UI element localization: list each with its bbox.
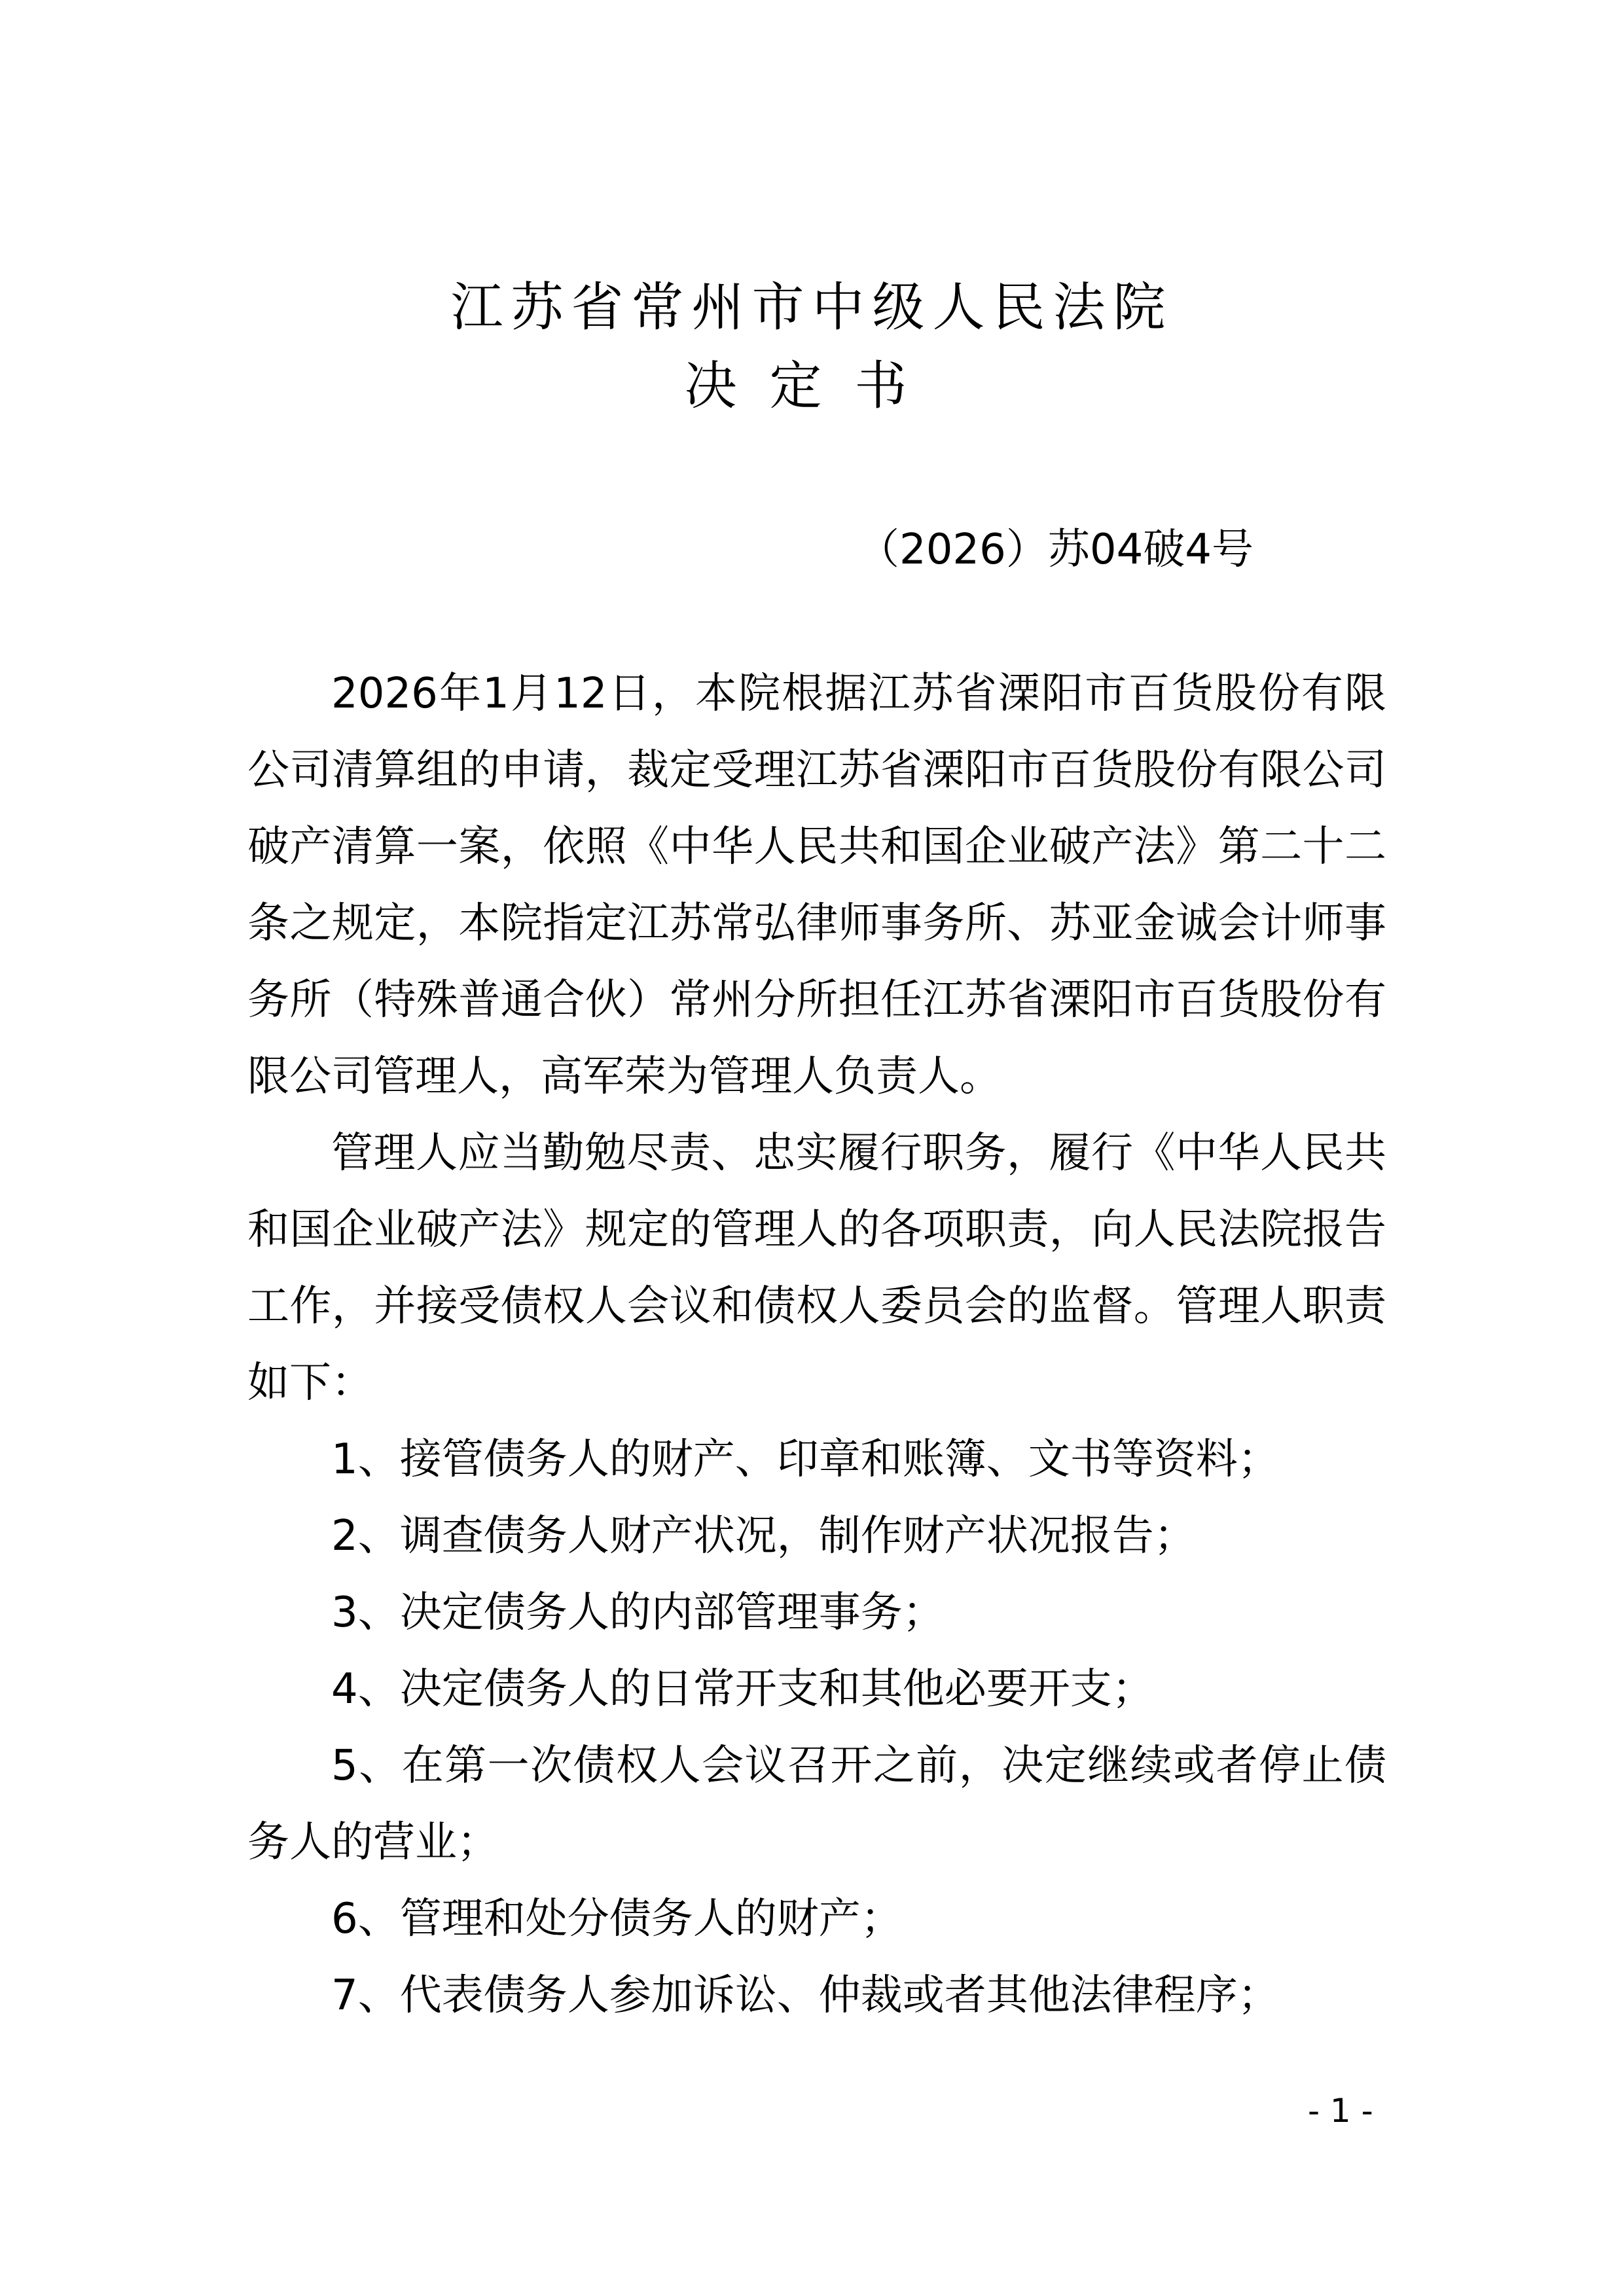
paragraph-duties-intro: 管理人应当勤勉尽责、忠实履行职务，履行《中华人民共和国企业破产法》规定的管理人的…	[247, 1115, 1386, 1422]
document-type-title: 决定书	[0, 353, 1624, 419]
duty-item-4: 4、决定债务人的日常开支和其他必要开支；	[247, 1651, 1386, 1728]
page-number: - 1 -	[1308, 2088, 1373, 2134]
duty-item-1: 1、接管债务人的财产、印章和账簿、文书等资料；	[247, 1422, 1386, 1498]
document-page: 江苏省常州市中级人民法院 决定书 （2026）苏04破4号 2026年1月12日…	[0, 0, 1624, 2296]
document-body: 2026年1月12日，本院根据江苏省溧阳市百货股份有限公司清算组的申请，裁定受理…	[247, 656, 1386, 2034]
duty-item-2: 2、调查债务人财产状况，制作财产状况报告；	[247, 1498, 1386, 1575]
court-name-title: 江苏省常州市中级人民法院	[0, 275, 1624, 340]
duty-item-5: 5、在第一次债权人会议召开之前，决定继续或者停止债务人的营业；	[247, 1728, 1386, 1881]
paragraph-appointment: 2026年1月12日，本院根据江苏省溧阳市百货股份有限公司清算组的申请，裁定受理…	[247, 656, 1386, 1115]
case-number: （2026）苏04破4号	[857, 520, 1254, 579]
duty-item-6: 6、管理和处分债务人的财产；	[247, 1881, 1386, 1958]
duty-item-3: 3、决定债务人的内部管理事务；	[247, 1575, 1386, 1651]
duty-item-7: 7、代表债务人参加诉讼、仲裁或者其他法律程序；	[247, 1958, 1386, 2034]
